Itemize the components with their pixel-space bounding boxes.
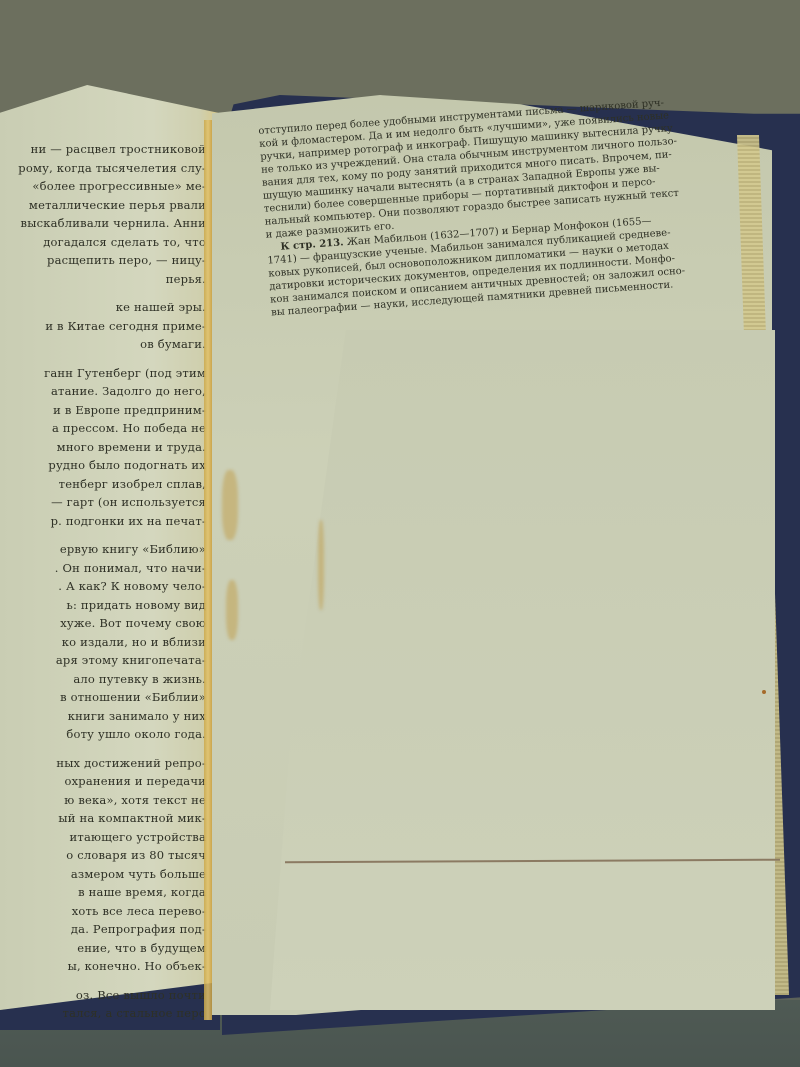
book-gutter xyxy=(204,120,212,1020)
text-line: аря этому книгопечата- xyxy=(0,651,206,670)
text-line: атание. Задолго до него, xyxy=(0,382,206,401)
text-line: ных достижений репро- xyxy=(0,754,206,773)
text-line: — гарт (он используется xyxy=(0,493,206,512)
text-line: хоть все леса перево- xyxy=(0,902,206,921)
text-line: да. Репрография под- xyxy=(0,920,206,939)
text-line: ю века», хотя текст не xyxy=(0,791,206,810)
text-line: азмером чуть больше xyxy=(0,865,206,884)
text-line: в отношении «Библии» xyxy=(0,688,206,707)
text-line: ение, что в будущем xyxy=(0,939,206,958)
text-line: ы, конечно. Но объек- xyxy=(0,957,206,976)
text-line: догадался сделать то, что xyxy=(0,233,206,252)
text-line: тенберг изобрел сплав, xyxy=(0,475,206,494)
text-line: оз. Все вышло почти xyxy=(0,986,206,1005)
text-line xyxy=(0,530,206,540)
text-line xyxy=(0,744,206,754)
spot xyxy=(762,690,766,694)
text-line: рудно было подогнать их xyxy=(0,456,206,475)
text-line: ало путевку в жизнь. xyxy=(0,670,206,689)
text-line: хуже. Вот почему свою xyxy=(0,614,206,633)
left-page-text: ни — расцвел тростниковойрому, когда тыс… xyxy=(0,140,206,1023)
text-line xyxy=(0,976,206,986)
text-line: . А как? К новому чело- xyxy=(0,577,206,596)
text-line: выскабливали чернила. Анни xyxy=(0,214,206,233)
stain xyxy=(318,520,324,610)
text-line: ганн Гутенберг (под этим xyxy=(0,364,206,383)
text-line: ни — расцвел тростниковой xyxy=(0,140,206,159)
text-line: ко издали, но и вблизи xyxy=(0,633,206,652)
text-line: «более прогрессивные» ме- xyxy=(0,177,206,196)
text-line: много времени и труда. xyxy=(0,438,206,457)
text-line: а прессом. Но победа не xyxy=(0,419,206,438)
text-line: металлические перья рвали xyxy=(0,196,206,215)
text-line xyxy=(0,354,206,364)
text-line: ов бумаги. xyxy=(0,335,206,354)
text-line: р. подгонки их на печат- xyxy=(0,512,206,531)
stain xyxy=(226,580,238,640)
text-line: рому, когда тысячелетия слу- xyxy=(0,159,206,178)
text-line: и в Европе предприним- xyxy=(0,401,206,420)
text-line: . Он понимал, что начи- xyxy=(0,559,206,578)
text-line: перья. xyxy=(0,270,206,289)
text-line xyxy=(0,288,206,298)
text-line: итающего устройства xyxy=(0,828,206,847)
text-line: тался, а стальное перо xyxy=(0,1004,206,1023)
text-line: ь: придать новому вид xyxy=(0,596,206,615)
inserted-sheet xyxy=(270,330,775,1010)
text-line: расщепить перо, — ницу- xyxy=(0,251,206,270)
right-page-text: отступило перед более удобными инструмен… xyxy=(258,90,770,319)
text-line: ый на компактной мик- xyxy=(0,809,206,828)
text-line: охранения и передачи xyxy=(0,772,206,791)
text-line: о словаря из 80 тысяч xyxy=(0,846,206,865)
text-line: и в Китае сегодня приме- xyxy=(0,317,206,336)
text-line: ке нашей эры. xyxy=(0,298,206,317)
stain xyxy=(222,470,238,540)
text-line: боту ушло около года. xyxy=(0,725,206,744)
text-line: книги занимало у них xyxy=(0,707,206,726)
text-line: в наше время, когда xyxy=(0,883,206,902)
text-line: ервую книгу «Библию» xyxy=(0,540,206,559)
